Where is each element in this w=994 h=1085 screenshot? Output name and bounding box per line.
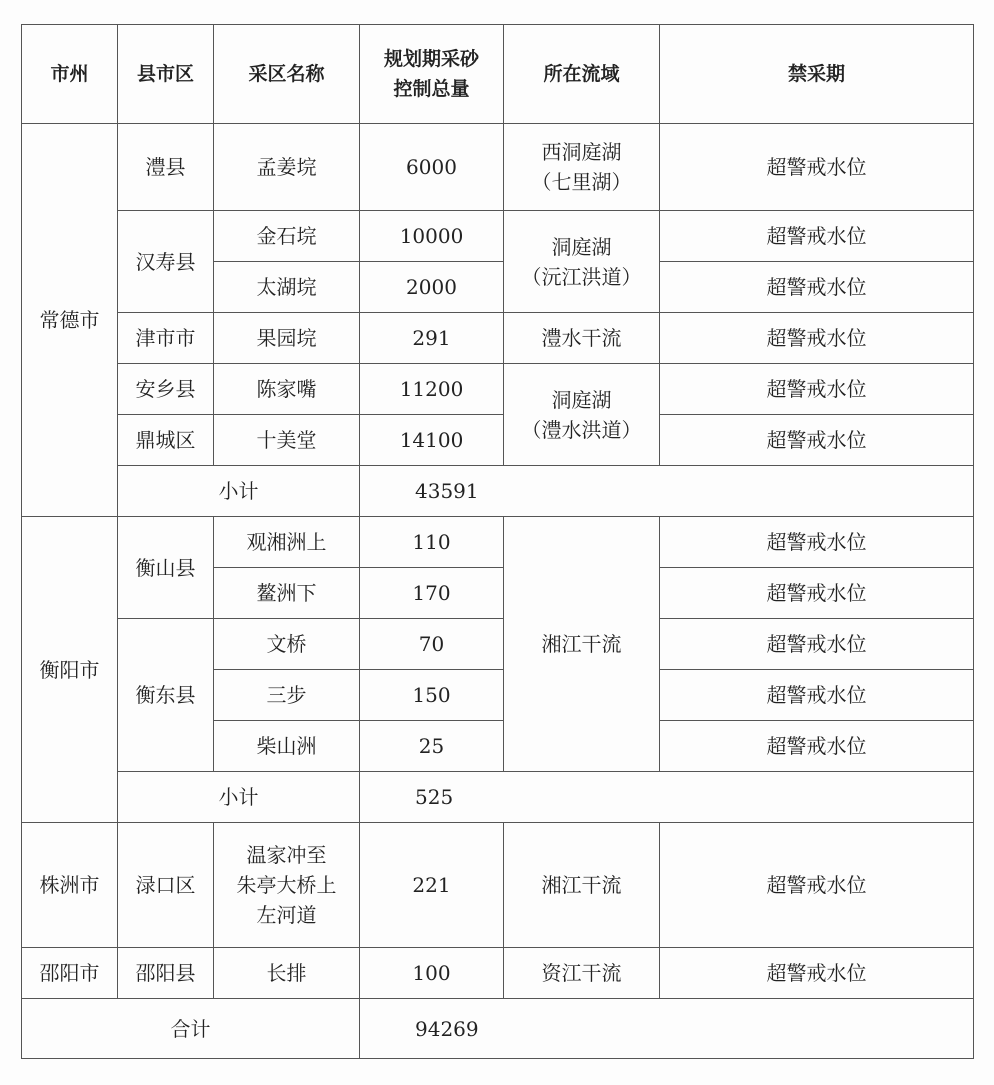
ban-cell: 超警戒水位 — [660, 948, 974, 999]
header-row: 市州 县市区 采区名称 规划期采砂控制总量 所在流域 禁采期 — [22, 25, 974, 124]
area-cell: 温家冲至朱亭大桥上左河道 — [214, 823, 360, 948]
city-cell: 常德市 — [22, 124, 118, 517]
qty-cell: 2000 — [360, 262, 504, 313]
table-row: 鼎城区 十美堂 14100 超警戒水位 — [22, 415, 974, 466]
qty-cell: 221 — [360, 823, 504, 948]
area-cell: 金石垸 — [214, 211, 360, 262]
qty-cell: 14100 — [360, 415, 504, 466]
city-cell: 株洲市 — [22, 823, 118, 948]
qty-cell: 110 — [360, 517, 504, 568]
area-cell: 观湘洲上 — [214, 517, 360, 568]
table-row: 安乡县 陈家嘴 11200 洞庭湖（澧水洪道） 超警戒水位 — [22, 364, 974, 415]
subtotal-value: 525 — [360, 772, 974, 823]
qty-cell: 170 — [360, 568, 504, 619]
area-cell: 鳌洲下 — [214, 568, 360, 619]
sand-mining-table: 市州 县市区 采区名称 规划期采砂控制总量 所在流域 禁采期 常德市 澧县 孟姜… — [21, 24, 974, 1059]
subtotal-label: 小计 — [118, 466, 360, 517]
table-row: 常德市 澧县 孟姜垸 6000 西洞庭湖（七里湖） 超警戒水位 — [22, 124, 974, 211]
city-cell: 衡阳市 — [22, 517, 118, 823]
area-cell: 太湖垸 — [214, 262, 360, 313]
qty-cell: 25 — [360, 721, 504, 772]
ban-cell: 超警戒水位 — [660, 568, 974, 619]
county-cell: 渌口区 — [118, 823, 214, 948]
city-cell: 邵阳市 — [22, 948, 118, 999]
header-county: 县市区 — [118, 25, 214, 124]
basin-cell: 洞庭湖（澧水洪道） — [504, 364, 660, 466]
table-row: 汉寿县 金石垸 10000 洞庭湖（沅江洪道） 超警戒水位 — [22, 211, 974, 262]
header-quantity: 规划期采砂控制总量 — [360, 25, 504, 124]
basin-cell: 湘江干流 — [504, 823, 660, 948]
area-cell: 长排 — [214, 948, 360, 999]
county-cell: 澧县 — [118, 124, 214, 211]
subtotal-row: 小计 525 — [22, 772, 974, 823]
total-row: 合计 94269 — [22, 999, 974, 1059]
ban-cell: 超警戒水位 — [660, 415, 974, 466]
ban-cell: 超警戒水位 — [660, 211, 974, 262]
county-cell: 汉寿县 — [118, 211, 214, 313]
ban-cell: 超警戒水位 — [660, 619, 974, 670]
ban-cell: 超警戒水位 — [660, 313, 974, 364]
header-basin: 所在流域 — [504, 25, 660, 124]
header-city: 市州 — [22, 25, 118, 124]
county-cell: 邵阳县 — [118, 948, 214, 999]
header-area-name: 采区名称 — [214, 25, 360, 124]
table-row: 邵阳市 邵阳县 长排 100 资江干流 超警戒水位 — [22, 948, 974, 999]
header-ban-period: 禁采期 — [660, 25, 974, 124]
area-cell: 三步 — [214, 670, 360, 721]
ban-cell: 超警戒水位 — [660, 262, 974, 313]
qty-cell: 11200 — [360, 364, 504, 415]
qty-cell: 6000 — [360, 124, 504, 211]
basin-cell: 西洞庭湖（七里湖） — [504, 124, 660, 211]
ban-cell: 超警戒水位 — [660, 670, 974, 721]
total-label: 合计 — [22, 999, 360, 1059]
basin-cell: 洞庭湖（沅江洪道） — [504, 211, 660, 313]
ban-cell: 超警戒水位 — [660, 364, 974, 415]
area-cell: 陈家嘴 — [214, 364, 360, 415]
basin-cell: 湘江干流 — [504, 517, 660, 772]
ban-cell: 超警戒水位 — [660, 517, 974, 568]
table-row: 津市市 果园垸 291 澧水干流 超警戒水位 — [22, 313, 974, 364]
table-row: 衡东县 文桥 70 超警戒水位 — [22, 619, 974, 670]
subtotal-row: 小计 43591 — [22, 466, 974, 517]
basin-cell: 资江干流 — [504, 948, 660, 999]
blank-cell — [660, 999, 974, 1059]
county-cell: 衡山县 — [118, 517, 214, 619]
ban-cell: 超警戒水位 — [660, 124, 974, 211]
total-value: 94269 — [360, 999, 660, 1059]
ban-cell: 超警戒水位 — [660, 823, 974, 948]
area-cell: 十美堂 — [214, 415, 360, 466]
qty-cell: 100 — [360, 948, 504, 999]
qty-cell: 291 — [360, 313, 504, 364]
area-cell: 文桥 — [214, 619, 360, 670]
table-row: 衡阳市 衡山县 观湘洲上 110 湘江干流 超警戒水位 — [22, 517, 974, 568]
table-row: 株洲市 渌口区 温家冲至朱亭大桥上左河道 221 湘江干流 超警戒水位 — [22, 823, 974, 948]
county-cell: 安乡县 — [118, 364, 214, 415]
county-cell: 鼎城区 — [118, 415, 214, 466]
qty-cell: 70 — [360, 619, 504, 670]
county-cell: 津市市 — [118, 313, 214, 364]
area-cell: 柴山洲 — [214, 721, 360, 772]
area-cell: 果园垸 — [214, 313, 360, 364]
qty-cell: 10000 — [360, 211, 504, 262]
ban-cell: 超警戒水位 — [660, 721, 974, 772]
subtotal-value: 43591 — [360, 466, 974, 517]
county-cell: 衡东县 — [118, 619, 214, 772]
basin-cell: 澧水干流 — [504, 313, 660, 364]
area-cell: 孟姜垸 — [214, 124, 360, 211]
subtotal-label: 小计 — [118, 772, 360, 823]
qty-cell: 150 — [360, 670, 504, 721]
